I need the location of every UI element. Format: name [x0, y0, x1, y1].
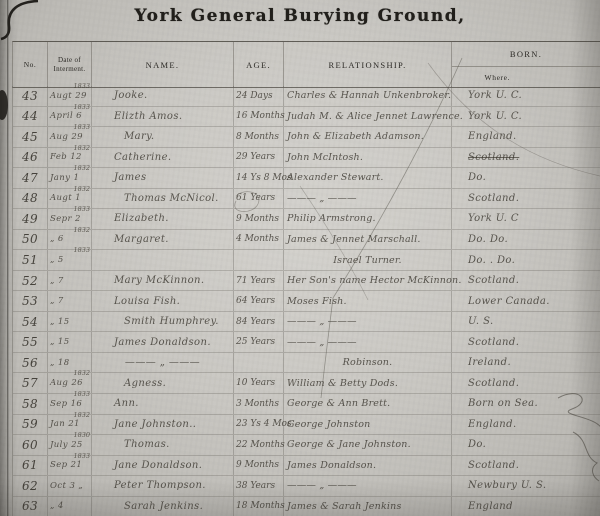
header-date-of-interment: Date of Interment. [48, 42, 92, 87]
cell-relationship: ——— „ ——— [284, 476, 452, 496]
date-text: Jany 1 [50, 173, 79, 183]
cell-born-where: Ireland. [452, 353, 600, 373]
cell-relationship: James & Sarah Jenkins [284, 497, 452, 516]
cell-name: Catherine. [92, 148, 234, 168]
cell-born-where: Scotland. [452, 456, 600, 476]
cell-age: 22 Months [234, 435, 284, 455]
binding-shadow-blob [0, 90, 8, 120]
cell-name: Smith Humphrey. [92, 312, 234, 332]
cell-relationship: John & Elizabeth Adamson. [284, 127, 452, 147]
header-date-line1: Date of [58, 56, 81, 64]
cell-age: 84 Years [234, 312, 284, 332]
cell-born-where: England. [452, 127, 600, 147]
date-text: Oct 3 „ [50, 481, 83, 491]
table-row: 44 April 6 1833 Elizth Amos. 16 Months J… [13, 107, 600, 128]
header-born: BORN. Where. [452, 42, 600, 87]
header-name: NAME. [92, 42, 234, 87]
date-year-superscript: 1832 [73, 164, 90, 172]
date-text: „ 6 [50, 234, 64, 244]
cell-born-where: U. S. [452, 312, 600, 332]
table-body: 43 Augt 29 1833 Jooke. 24 Days Charles &… [12, 86, 600, 516]
cell-name: Jooke. [92, 86, 234, 106]
cell-name: James [92, 168, 234, 188]
cell-age [234, 250, 284, 270]
cell-no: 61 [13, 456, 48, 476]
cell-date: „ 15 [48, 332, 92, 352]
date-text: Augt 29 [50, 91, 87, 101]
cell-no: 48 [13, 189, 48, 209]
cell-no: 44 [13, 107, 48, 127]
date-text: Sep 21 [50, 460, 82, 470]
date-text: Feb 12 [50, 152, 82, 162]
table-row: 63 „ 4 Sarah Jenkins. 18 Months James & … [13, 497, 600, 516]
header-age: AGE. [234, 42, 284, 87]
cell-relationship: Moses Fish. [284, 291, 452, 311]
cell-name: Louisa Fish. [92, 291, 234, 311]
cell-no: 46 [13, 148, 48, 168]
cell-no: 55 [13, 332, 48, 352]
cell-born-where: Do. Do. [452, 230, 600, 250]
table-row: 57 Aug 26 1832 Agness. 10 Years William … [13, 373, 600, 394]
date-text: „ 15 [50, 317, 70, 327]
table-row: 56 „ 18 ——— „ ——— Robinson. Ireland. [13, 353, 600, 374]
table-row: 54 „ 15 Smith Humphrey. 84 Years ——— „ —… [13, 312, 600, 333]
cell-name: Mary McKinnon. [92, 271, 234, 291]
scanned-register-page: York General Burying Ground, No. Date of… [0, 0, 600, 516]
table-row: 45 Aug 29 1833 Mary. 8 Months John & Eli… [13, 127, 600, 148]
cell-name: Elizth Amos. [92, 107, 234, 127]
date-year-superscript: 1833 [73, 123, 90, 131]
cell-no: 43 [13, 86, 48, 106]
cell-no: 59 [13, 415, 48, 435]
cell-relationship: ——— „ ——— [284, 332, 452, 352]
cell-relationship: Philip Armstrong. [284, 209, 452, 229]
cell-name: Margaret. [92, 230, 234, 250]
date-text: Sepr 2 [50, 214, 81, 224]
cell-no: 57 [13, 373, 48, 393]
page-title: York General Burying Ground, [0, 6, 600, 26]
date-year-superscript: 1830 [73, 431, 90, 439]
date-year-superscript: 1833 [73, 390, 90, 398]
date-year-superscript: 1833 [73, 246, 90, 254]
cell-name: Mary. [92, 127, 234, 147]
cell-no: 62 [13, 476, 48, 496]
date-year-superscript: 1833 [73, 452, 90, 460]
cell-born-where: Scotland. [452, 271, 600, 291]
date-year-superscript: 1832 [73, 144, 90, 152]
cell-age: 9 Months [234, 209, 284, 229]
cell-born-where: Lower Canada. [452, 291, 600, 311]
table-row: 51 „ 5 1833 Israel Turner. Do. . Do. [13, 250, 600, 271]
cell-age: 8 Months [234, 127, 284, 147]
table-row: 55 „ 15 James Donaldson. 25 Years ——— „ … [13, 332, 600, 353]
cell-no: 63 [13, 497, 48, 516]
header-born-label: BORN. [452, 42, 600, 66]
date-text: „ 4 [50, 501, 64, 511]
table-row: 43 Augt 29 1833 Jooke. 24 Days Charles &… [13, 86, 600, 107]
cell-age: 14 Ys 8 Mos [234, 168, 284, 188]
cell-age: 16 Months [234, 107, 284, 127]
table-row: 62 Oct 3 „ Peter Thompson. 38 Years ——— … [13, 476, 600, 497]
cell-born-where: Scotland. [452, 332, 600, 352]
date-year-superscript: 1833 [73, 82, 90, 90]
cell-age: 9 Months [234, 456, 284, 476]
table-row: 49 Sepr 2 1833 Elizabeth. 9 Months Phili… [13, 209, 600, 230]
cell-date: Oct 3 „ [48, 476, 92, 496]
cell-date: „ 5 1833 [48, 250, 92, 270]
cell-no: 51 [13, 250, 48, 270]
cell-name: Thomas. [92, 435, 234, 455]
cell-age: 18 Months [234, 497, 284, 516]
table-row: 58 Sep 16 1833 Ann. 3 Months George & An… [13, 394, 600, 415]
cell-relationship: George Johnston [284, 415, 452, 435]
cell-relationship: ——— „ ——— [284, 189, 452, 209]
cell-born-where: England [452, 497, 600, 516]
cell-age: 38 Years [234, 476, 284, 496]
cell-relationship: Charles & Hannah Unkenbroker. [284, 86, 452, 106]
cell-name: Jane Donaldson. [92, 456, 234, 476]
table-row: 53 „ 7 Louisa Fish. 64 Years Moses Fish.… [13, 291, 600, 312]
cell-relationship: Alexander Stewart. [284, 168, 452, 188]
cell-no: 60 [13, 435, 48, 455]
cell-no: 53 [13, 291, 48, 311]
cell-age: 29 Years [234, 148, 284, 168]
table-row: 52 „ 7 Mary McKinnon. 71 Years Her Son's… [13, 271, 600, 292]
cell-age: 3 Months [234, 394, 284, 414]
cell-relationship: Robinson. [284, 353, 452, 373]
cell-name: Ann. [92, 394, 234, 414]
cell-age [234, 353, 284, 373]
cell-born-where: Newbury U. S. [452, 476, 600, 496]
cell-born-where: Scotland. [452, 148, 600, 168]
cell-born-where: York U. C. [452, 86, 600, 106]
cell-date: „ 7 [48, 271, 92, 291]
cell-name: Peter Thompson. [92, 476, 234, 496]
cell-born-where: Do. [452, 435, 600, 455]
cell-no: 58 [13, 394, 48, 414]
cell-born-where: Scotland. [452, 373, 600, 393]
cell-name: Sarah Jenkins. [92, 497, 234, 516]
cell-age: 10 Years [234, 373, 284, 393]
cell-no: 50 [13, 230, 48, 250]
cell-age: 24 Days [234, 86, 284, 106]
date-text: „ 7 [50, 276, 64, 286]
cell-relationship: George & Ann Brett. [284, 394, 452, 414]
table-row: 47 Jany 1 1832 James 14 Ys 8 Mos Alexand… [13, 168, 600, 189]
cell-date: „ 4 [48, 497, 92, 516]
cell-date: „ 7 [48, 291, 92, 311]
header-no: No. [13, 42, 48, 87]
cell-name: Jane Johnston.. [92, 415, 234, 435]
date-year-superscript: 1833 [73, 205, 90, 213]
cell-relationship: Judah M. & Alice Jennet Lawrence. [284, 107, 452, 127]
cell-name: Agness. [92, 373, 234, 393]
table-row: 48 Augt 1 1832 Thomas McNicol. 61 Years … [13, 189, 600, 210]
cell-name [92, 250, 234, 270]
date-year-superscript: 1832 [73, 369, 90, 377]
cell-born-where: Scotland. [452, 189, 600, 209]
cell-age: 25 Years [234, 332, 284, 352]
cell-no: 47 [13, 168, 48, 188]
date-year-superscript: 1833 [73, 103, 90, 111]
date-year-superscript: 1832 [73, 411, 90, 419]
date-text: Augt 1 [50, 193, 81, 203]
cell-age: 64 Years [234, 291, 284, 311]
date-text: „ 5 [50, 255, 64, 265]
cell-no: 52 [13, 271, 48, 291]
cell-born-where: Born on Sea. [452, 394, 600, 414]
cell-relationship: Israel Turner. [284, 250, 452, 270]
cell-no: 45 [13, 127, 48, 147]
table-row: 46 Feb 12 1832 Catherine. 29 Years John … [13, 148, 600, 169]
cell-name: Thomas McNicol. [92, 189, 234, 209]
header-date-line2: Interment. [54, 65, 86, 73]
cell-relationship: John McIntosh. [284, 148, 452, 168]
date-text: Sep 16 [50, 399, 82, 409]
cell-relationship: George & Jane Johnston. [284, 435, 452, 455]
header-relationship: RELATIONSHIP. [284, 42, 452, 87]
date-text: Aug 29 [50, 132, 83, 142]
cell-relationship: Her Son's name Hector McKinnon. [284, 271, 452, 291]
table-row: 59 Jan 21 1832 Jane Johnston.. 23 Ys 4 M… [13, 415, 600, 436]
cell-name: James Donaldson. [92, 332, 234, 352]
cell-name: ——— „ ——— [92, 353, 234, 373]
table-row: 60 July 25 1830 Thomas. 22 Months George… [13, 435, 600, 456]
cell-born-where: Do. . Do. [452, 250, 600, 270]
left-edge-rule [7, 0, 8, 516]
cell-name: Elizabeth. [92, 209, 234, 229]
cell-born-where: England. [452, 415, 600, 435]
cell-relationship: William & Betty Dods. [284, 373, 452, 393]
date-text: Aug 26 [50, 378, 83, 388]
cell-relationship: ——— „ ——— [284, 312, 452, 332]
date-year-superscript: 1832 [73, 226, 90, 234]
date-year-superscript: 1832 [73, 185, 90, 193]
date-text: April 6 [50, 111, 82, 121]
date-text: Jan 21 [50, 419, 80, 429]
cell-age: 71 Years [234, 271, 284, 291]
header-born-where: Where. [452, 66, 600, 87]
cell-born-where: York U. C [452, 209, 600, 229]
cell-age: 4 Months [234, 230, 284, 250]
date-text: „ 15 [50, 337, 70, 347]
date-text: July 25 [50, 440, 83, 450]
cell-born-where: York U. C. [452, 107, 600, 127]
cell-age: 23 Ys 4 Mos [234, 415, 284, 435]
cell-no: 49 [13, 209, 48, 229]
cell-no: 54 [13, 312, 48, 332]
table-header: No. Date of Interment. NAME. AGE. RELATI… [12, 41, 600, 88]
date-text: „ 18 [50, 358, 70, 368]
cell-age: 61 Years [234, 189, 284, 209]
table-row: 50 „ 6 1832 Margaret. 4 Months James & J… [13, 230, 600, 251]
cell-relationship: James Donaldson. [284, 456, 452, 476]
cell-date: Sep 21 1833 [48, 456, 92, 476]
cell-born-where: Do. [452, 168, 600, 188]
table-row: 61 Sep 21 1833 Jane Donaldson. 9 Months … [13, 456, 600, 477]
cell-relationship: James & Jennet Marschall. [284, 230, 452, 250]
date-text: „ 7 [50, 296, 64, 306]
cell-no: 56 [13, 353, 48, 373]
cell-date: „ 15 [48, 312, 92, 332]
